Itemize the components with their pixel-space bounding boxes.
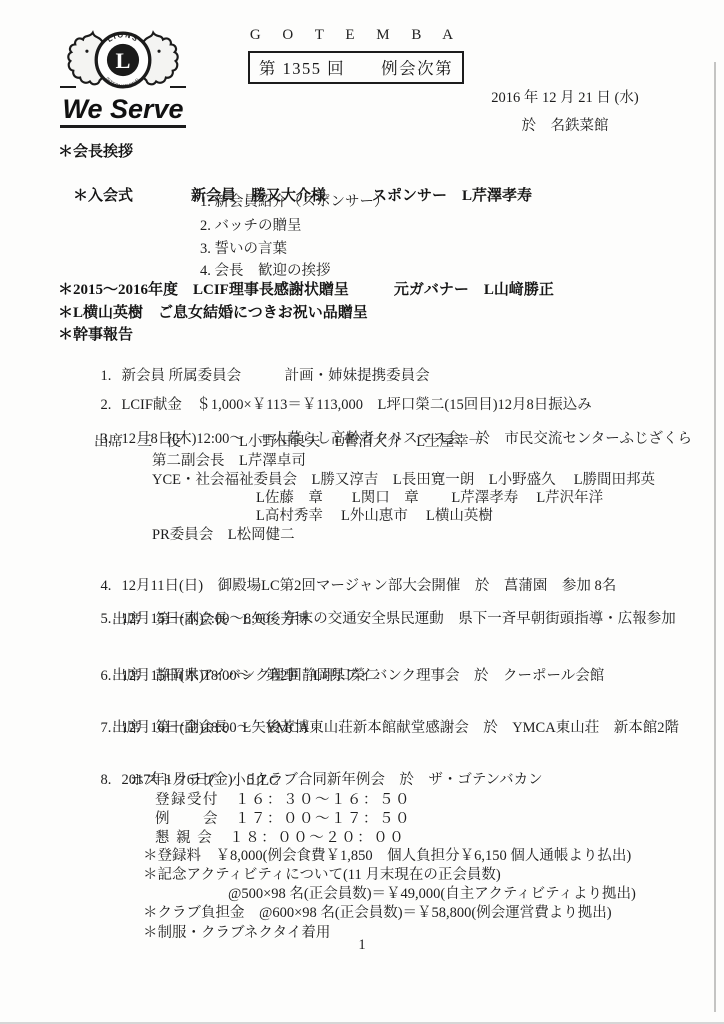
date-block: 2016 年 12 月 21 日 (水) 於 名鉄菜館 [470,86,660,135]
lcif-award-line: ＊2015～2016年度 LCIF理事長感謝状贈呈 元ガバナー L山﨑勝正 [58,281,554,300]
page-number: 1 [0,936,724,955]
document-venue: 於 名鉄菜館 [470,114,660,135]
item-number: 8. [101,771,122,790]
item8-host-club: ホストクラブ 小山LC [130,772,279,791]
induction-step: 4. 会長 歓迎の挨拶 [200,262,331,281]
item8-club-contribution: ＊クラブ負担金 @600×98 名(正会員数)＝￥58,800(例会運営費より拠… [143,904,612,923]
induction-sponsor: スポンサー L芹澤孝寿 [372,188,532,204]
meeting-title-box: 第 1355 回 例会次第 [248,51,464,84]
induction-step: 1. 新会員紹介（スポンサー） [200,193,389,212]
item8-registration-fee: ＊登録料 ￥8,000(例会食費￥1,850 個人負担分￥6,150 個人通帳よ… [143,847,631,866]
motto-underline [60,125,186,128]
scanned-meeting-agenda-page: LIONS INTERNATIONAL L We Serve G O T E M… [0,0,724,1024]
lions-club-logo-icon: LIONS INTERNATIONAL L [64,22,182,98]
item3-attendance-officers: 出席 三 役 L小野田良夫 L菅沼大介 L土屋幸一 [94,433,483,452]
item3-yce-committee-line2: L佐藤 章 L関口 章 L芹澤孝寿 L芹沢年洋 [256,489,603,508]
item6-attendance: 出席 静岡県アイバンク理事 L坪口榮二 [112,667,380,686]
logo-center-letter: L [116,48,131,73]
item3-pr-committee: PR委員会 L松岡健二 [152,526,295,545]
item7-attendance: 出席 第一副会長 L矢後芳博 [112,719,309,738]
induction-label: ＊入会式 [73,188,133,204]
club-name: G O T E M B A [222,27,490,44]
item3-yce-committee-line3: L高村秀幸 L外山恵市 L横山英樹 [256,507,493,526]
president-greeting-line: ＊会長挨拶 [58,143,133,162]
item8-commemorative-activity: ＊記念アクティビティについて(11 月末現在の正会員数) [143,866,501,885]
logo-rule-left [60,86,76,88]
logo-block: LIONS INTERNATIONAL L We Serve [60,22,186,128]
item8-schedule-banquet: 懇 親 会 １８：００～２０：００ [155,829,405,848]
document-date: 2016 年 12 月 21 日 (水) [470,86,660,107]
item3-yce-committee-line1: YCE・社会福祉委員会 L勝又淳吉 L長田寛一朗 L小野盛久 L勝間田邦英 [152,471,655,490]
induction-step: 2. バッチの贈呈 [200,217,302,236]
wedding-gift-line: ＊L横山英樹 ご息女結婚につきお祝い品贈呈 [58,304,368,323]
induction-step: 3. 誓いの言葉 [200,240,287,259]
item3-second-vp: 第二副会長 L芹澤卓司 [152,452,306,471]
we-serve-motto: We Serve [60,94,186,124]
item5-attendance: 出席 第一副会長 L矢後芳博 [112,611,309,630]
item8-schedule-registration: 登録受付 １６：３０～１６：５０ [155,791,411,810]
secretary-report-heading: ＊幹事報告 [58,326,133,345]
item8-activity-calculation: @500×98 名(正会員数)＝￥49,000(自主アクティビティより拠出) [228,885,636,904]
document-header: G O T E M B A 第 1355 回 例会次第 [222,27,490,84]
logo-rule-right [170,86,186,88]
item8-schedule-meeting: 例 会 １７：００～１７：５０ [155,810,411,829]
scan-edge-line [714,62,716,1012]
